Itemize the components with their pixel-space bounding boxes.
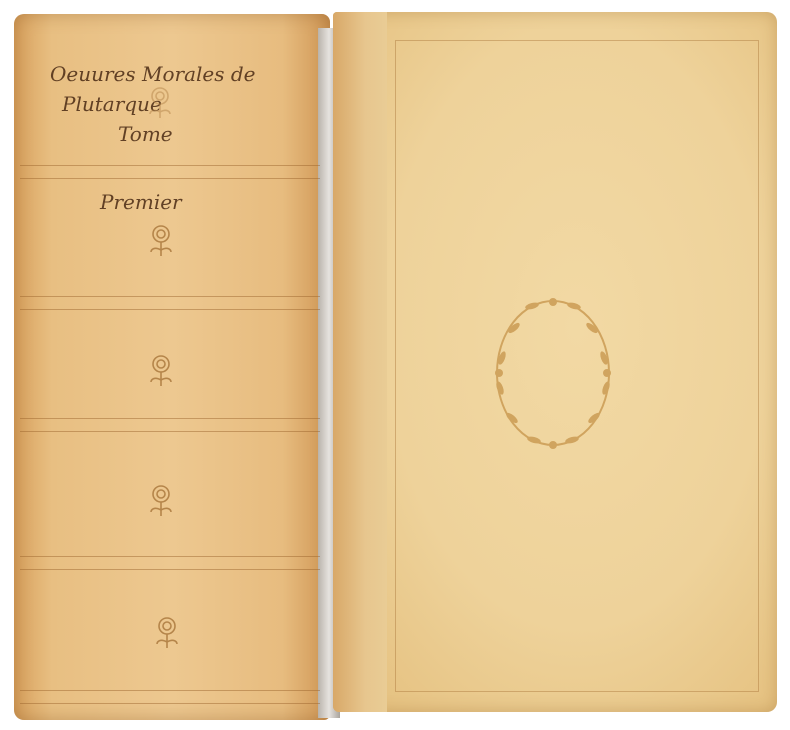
flower-icon xyxy=(146,352,176,392)
spine-band-5 xyxy=(20,690,320,704)
spine-band-1 xyxy=(20,165,320,179)
flower-icon xyxy=(146,222,176,262)
spine-band-3 xyxy=(20,418,320,432)
spine-title-line-4: Premier xyxy=(100,190,182,214)
spine-title-line-1: Oeuures Morales de xyxy=(50,62,256,86)
spine-band-4 xyxy=(20,556,320,570)
spine-band-2 xyxy=(20,296,320,310)
cover-spine-edge xyxy=(333,12,387,712)
flower-icon xyxy=(145,84,175,124)
spine-title-line-3: Tome xyxy=(118,122,173,146)
laurel-wreath-icon xyxy=(484,288,622,458)
flower-icon xyxy=(146,482,176,522)
flower-icon xyxy=(152,614,182,654)
